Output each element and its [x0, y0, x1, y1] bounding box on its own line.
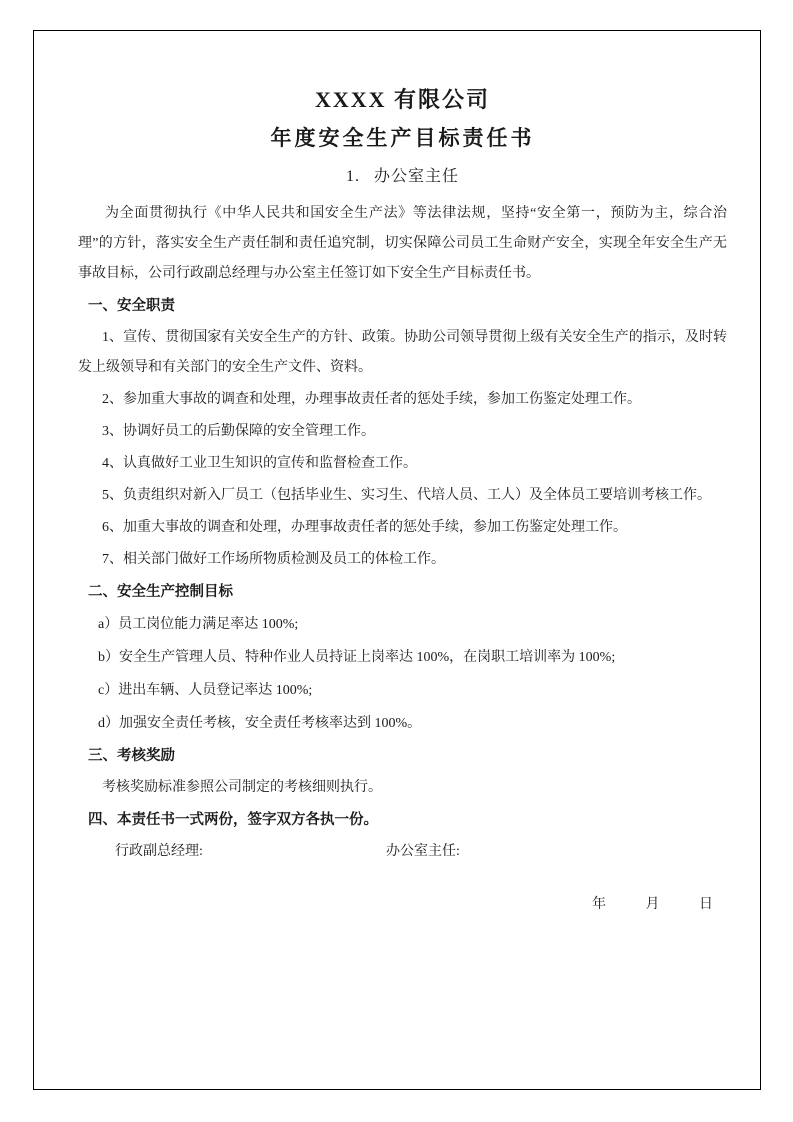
date-day-label: 日 — [699, 890, 713, 920]
section-3-body: 考核奖励标准参照公司制定的考核细则执行。 — [78, 773, 727, 803]
role-heading: 1.办公室主任 — [78, 165, 727, 189]
signature-label-deputy-general-manager: 行政副总经理: — [115, 844, 203, 859]
target-item-c: c）进出车辆、人员登记率达 100%; — [78, 676, 727, 706]
target-item-b: b）安全生产管理人员、特种作业人员持证上岗率达 100%，在岗职工培训率为 10… — [78, 643, 727, 673]
date-line: 年 月 日 — [78, 890, 727, 920]
signature-label-office-director: 办公室主任: — [386, 837, 460, 867]
duty-item-6: 6、加重大事故的调查和处理，办理事故责任者的惩处手续，参加工伤鉴定处理工作。 — [78, 513, 727, 543]
section-3-heading: 三、考核奖励 — [78, 741, 727, 771]
section-4-heading: 四、本责任书一式两份，签字双方各执一份。 — [78, 805, 727, 835]
duty-item-4: 4、认真做好工业卫生知识的宣传和监督检查工作。 — [78, 449, 727, 479]
target-item-a: a）员工岗位能力满足率达 100%; — [78, 610, 727, 640]
target-item-d: d）加强安全责任考核，安全责任考核率达到 100%。 — [78, 709, 727, 739]
document-title: 年度安全生产目标责任书 — [78, 123, 727, 153]
duty-item-2: 2、参加重大事故的调查和处理，办理事故责任者的惩处手续，参加工伤鉴定处理工作。 — [78, 385, 727, 415]
duty-item-5: 5、负责组织对新入厂员工（包括毕业生、实习生、代培人员、工人）及全体员工要培训考… — [78, 481, 727, 511]
section-1-heading: 一、安全职责 — [78, 291, 727, 321]
duty-item-3: 3、协调好员工的后勤保障的安全管理工作。 — [78, 417, 727, 447]
duty-item-1: 1、宣传、贯彻国家有关安全生产的方针、政策。协助公司领导贯彻上级有关安全生产的指… — [78, 323, 727, 383]
company-title: XXXX 有限公司 — [78, 85, 727, 115]
duty-item-7: 7、相关部门做好工作场所物质检测及员工的体检工作。 — [78, 545, 727, 575]
signature-row: 行政副总经理: 办公室主任: — [78, 837, 727, 867]
section-2-heading: 二、安全生产控制目标 — [78, 577, 727, 607]
date-month-label: 月 — [646, 890, 660, 920]
date-year-label: 年 — [592, 897, 606, 912]
intro-paragraph: 为全面贯彻执行《中华人民共和国安全生产法》等法律法规，坚持“安全第一，预防为主，… — [78, 199, 727, 289]
document-page: XXXX 有限公司 年度安全生产目标责任书 1.办公室主任 为全面贯彻执行《中华… — [33, 30, 761, 1090]
role-heading-title: 办公室主任 — [374, 168, 459, 185]
role-heading-number: 1. — [346, 168, 360, 185]
